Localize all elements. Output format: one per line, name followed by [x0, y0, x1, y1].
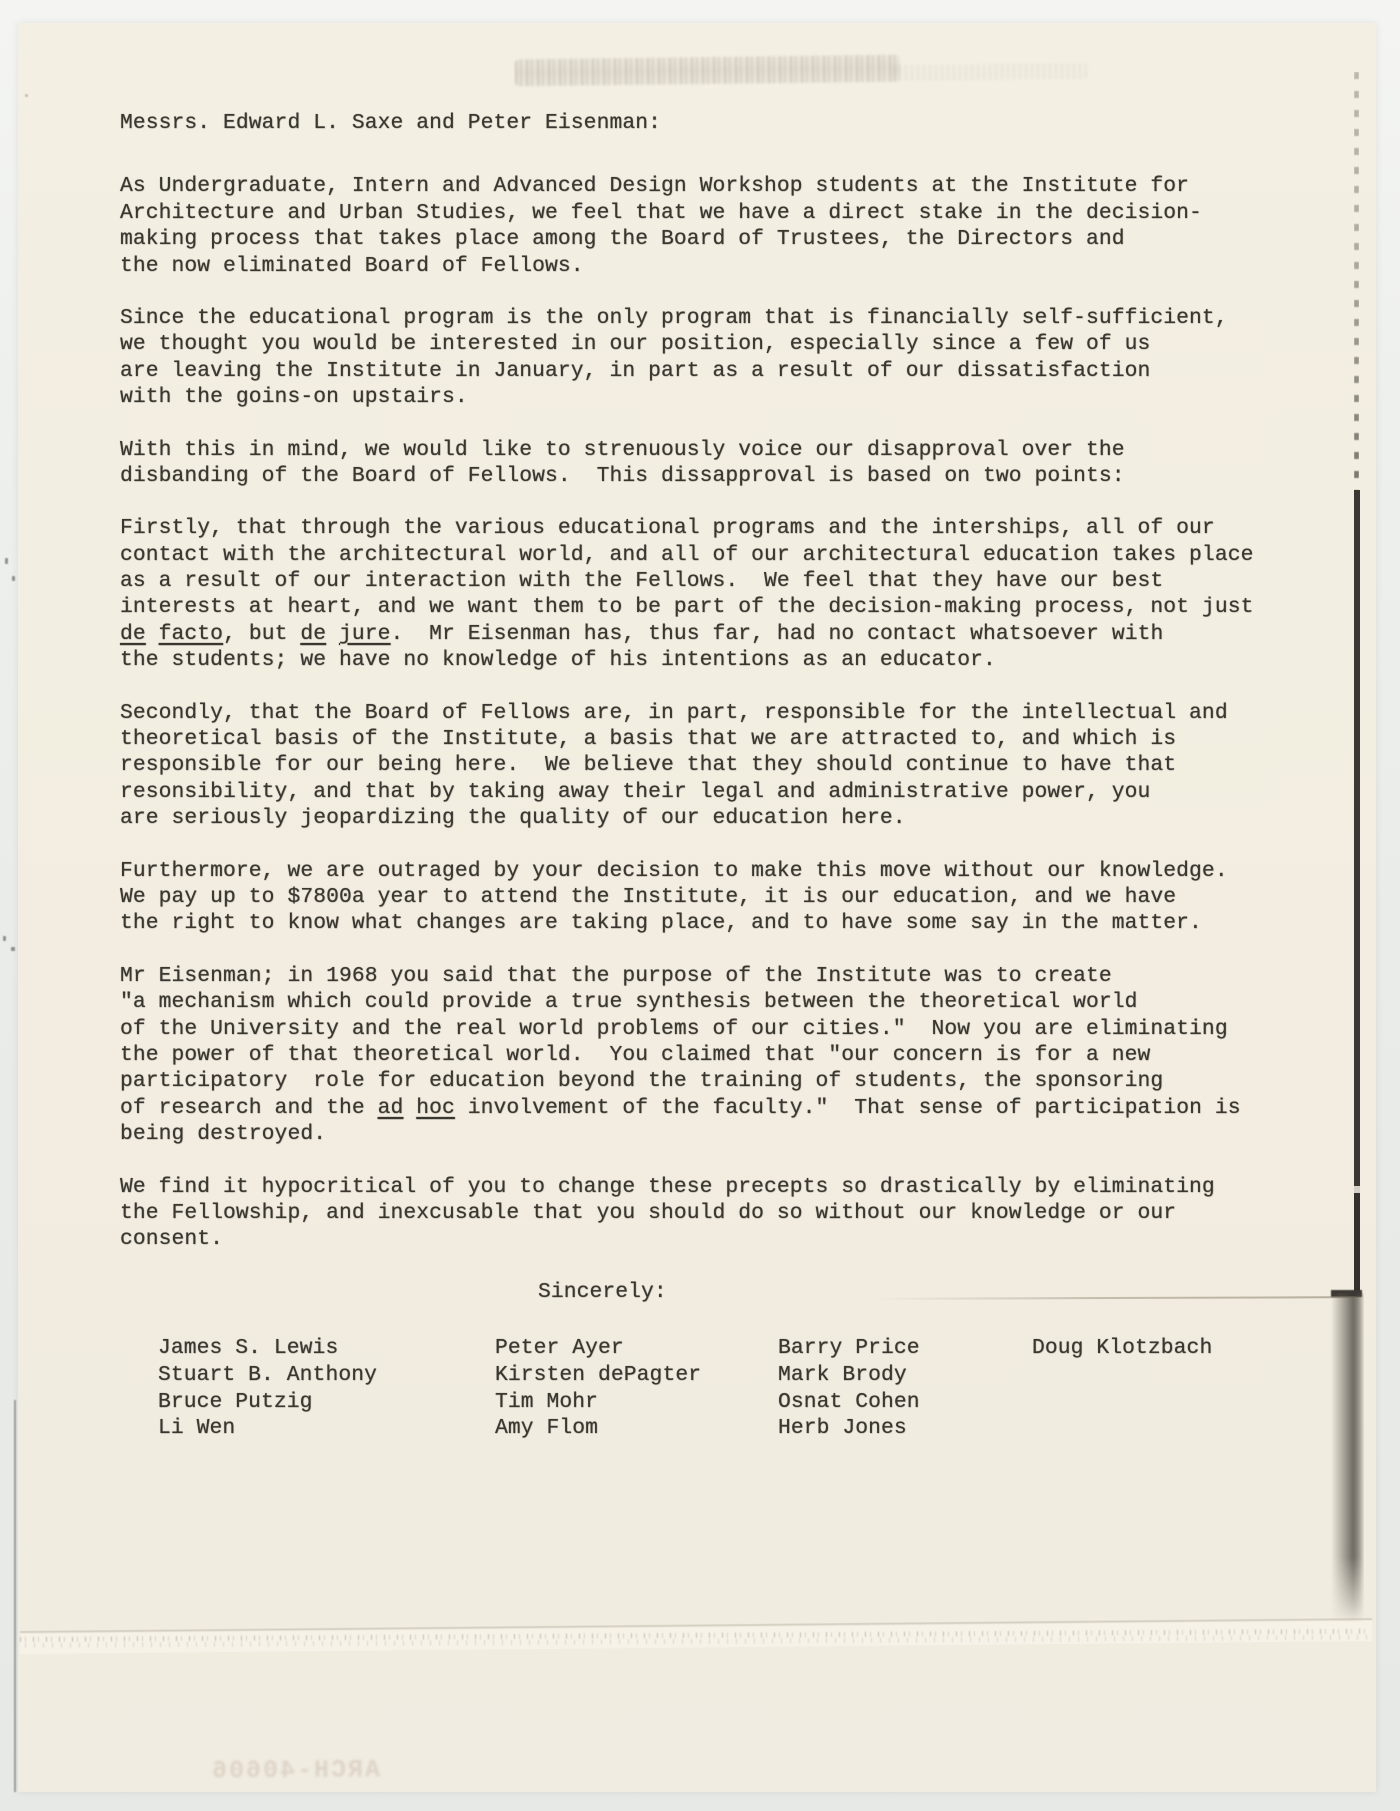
letter-line: de facto, but de jure. Mr Eisenman has, … [120, 621, 1382, 647]
letter-line: Mr Eisenman; in 1968 you said that the p… [120, 963, 1382, 989]
letter-line: Firstly, that through the various educat… [120, 515, 1382, 541]
letter-line: as a result of our interaction with the … [120, 568, 1382, 594]
letter-line: disbanding of the Board of Fellows. This… [120, 463, 1382, 489]
paragraph: We find it hypocritical of you to change… [120, 1174, 1382, 1253]
paragraph: Firstly, that through the various educat… [120, 515, 1382, 673]
letter-line: we thought you would be interested in ou… [120, 331, 1382, 357]
underlined-term: jure [339, 622, 391, 646]
letter-line: Since the educational program is the onl… [120, 305, 1382, 331]
signatory-name: Kirsten dePagter [495, 1362, 701, 1389]
signatory-name: James S. Lewis [158, 1335, 377, 1362]
signatory-name: Doug Klotzbach [1032, 1335, 1212, 1362]
letter-body: As Undergraduate, Intern and Advanced De… [120, 173, 1382, 1252]
signatory-name: Barry Price [778, 1335, 920, 1362]
underlined-term: hoc [416, 1096, 455, 1120]
letter-line: Architecture and Urban Studies, we feel … [120, 200, 1382, 226]
letter-line: theoretical basis of the Institute, a ba… [120, 726, 1382, 752]
letter-line: making process that takes place among th… [120, 226, 1382, 252]
letter-line: the Fellowship, and inexcusable that you… [120, 1200, 1382, 1226]
scan-speck [12, 576, 15, 581]
signature-block: James S. LewisStuart B. AnthonyBruce Put… [120, 1335, 1382, 1455]
signature-column: Peter AyerKirsten dePagterTim MohrAmy Fl… [495, 1335, 701, 1442]
salutation: Messrs. Edward L. Saxe and Peter Eisenma… [120, 110, 1382, 136]
scan-speck [3, 936, 6, 941]
paragraph: Mr Eisenman; in 1968 you said that the p… [120, 963, 1382, 1148]
signature-column: Doug Klotzbach [1032, 1335, 1212, 1362]
underlined-term: facto [159, 622, 223, 646]
letter-line: are seriously jeopardizing the quality o… [120, 805, 1382, 831]
signatory-name: Herb Jones [778, 1415, 920, 1442]
signature-column: James S. LewisStuart B. AnthonyBruce Put… [158, 1335, 377, 1442]
letter: Messrs. Edward L. Saxe and Peter Eisenma… [120, 110, 1382, 1455]
letter-line: responsible for our being here. We belie… [120, 752, 1382, 778]
paper-left-edge-shadow [14, 1400, 16, 1792]
scan-speck [25, 94, 28, 97]
signatory-name: Osnat Cohen [778, 1389, 920, 1416]
letter-line: are leaving the Institute in January, in… [120, 358, 1382, 384]
letter-line: being destroyed. [120, 1121, 1382, 1147]
letter-line: interests at heart, and we want them to … [120, 594, 1382, 620]
signatory-name: Peter Ayer [495, 1335, 701, 1362]
underlined-term: ad [378, 1096, 404, 1120]
signatory-name: Stuart B. Anthony [158, 1362, 377, 1389]
letter-line: Secondly, that the Board of Fellows are,… [120, 700, 1382, 726]
underlined-term: de [120, 622, 146, 646]
letter-line: Furthermore, we are outraged by your dec… [120, 858, 1382, 884]
paragraph: Secondly, that the Board of Fellows are,… [120, 700, 1382, 832]
paragraph: Furthermore, we are outraged by your dec… [120, 858, 1382, 937]
letter-line: with the goins-on upstairs. [120, 384, 1382, 410]
scan-speck [5, 558, 8, 564]
underlined-term: de [300, 622, 326, 646]
signatory-name: Li Wen [158, 1415, 377, 1442]
paragraph: Since the educational program is the onl… [120, 305, 1382, 411]
letter-line: the power of that theoretical world. You… [120, 1042, 1382, 1068]
letter-line: of the University and the real world pro… [120, 1016, 1382, 1042]
closing: Sincerely: [120, 1279, 1382, 1305]
signatory-name: Bruce Putzig [158, 1389, 377, 1416]
signatory-name: Mark Brody [778, 1362, 920, 1389]
letter-line: We find it hypocritical of you to change… [120, 1174, 1382, 1200]
letter-line: of research and the ad hoc involvement o… [120, 1095, 1382, 1121]
letter-line: "a mechanism which could provide a true … [120, 989, 1382, 1015]
letter-line: the now eliminated Board of Fellows. [120, 253, 1382, 279]
signature-column: Barry PriceMark BrodyOsnat CohenHerb Jon… [778, 1335, 920, 1442]
letter-line: As Undergraduate, Intern and Advanced De… [120, 173, 1382, 199]
letter-line: the students; we have no knowledge of hi… [120, 647, 1382, 673]
signatory-name: Amy Flom [495, 1415, 701, 1442]
letter-line: resonsibility, and that by taking away t… [120, 779, 1382, 805]
paragraph: As Undergraduate, Intern and Advanced De… [120, 173, 1382, 279]
letter-line: the right to know what changes are takin… [120, 910, 1382, 936]
paragraph: With this in mind, we would like to stre… [120, 437, 1382, 490]
scan-background: { "document": { "salutation": "Messrs. E… [0, 0, 1400, 1811]
signatory-name: Tim Mohr [495, 1389, 701, 1416]
letter-line: With this in mind, we would like to stre… [120, 437, 1382, 463]
letter-line: participatory role for education beyond … [120, 1068, 1382, 1094]
letter-line: contact with the architectural world, an… [120, 542, 1382, 568]
letter-line: We pay up to $7800a year to attend the I… [120, 884, 1382, 910]
letter-line: consent. [120, 1226, 1382, 1252]
scan-speck [11, 947, 15, 951]
